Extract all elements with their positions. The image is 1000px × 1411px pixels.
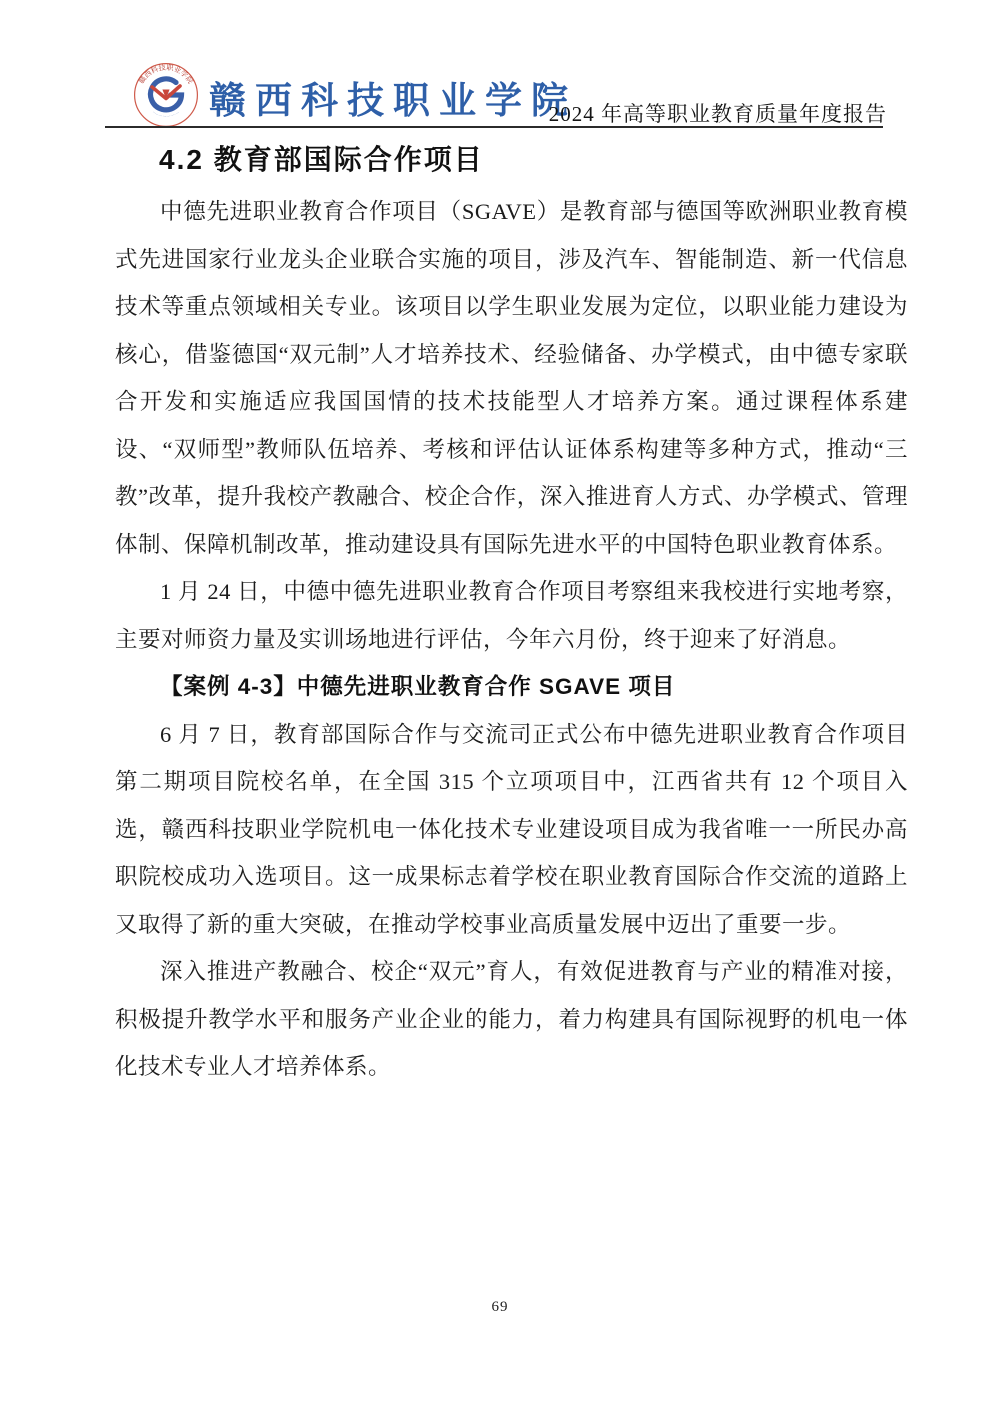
section-content: 4.2 教育部国际合作项目 中德先进职业教育合作项目（SGAVE）是教育部与德国…	[115, 139, 908, 1091]
page-header: 赣西科技职业学院 ····················· 赣西科技职业学院 …	[105, 60, 895, 128]
paragraph-selection: 6 月 7 日，教育部国际合作与交流司正式公布中德先进职业教育合作项目第二期项目…	[115, 711, 908, 949]
report-title: 2024 年高等职业教育质量年度报告	[549, 98, 887, 128]
case-heading: 【案例 4-3】中德先进职业教育合作 SGAVE 项目	[115, 663, 908, 711]
section-heading: 4.2 教育部国际合作项目	[159, 139, 908, 181]
page-number: 69	[0, 1299, 1000, 1316]
school-emblem-icon: 赣西科技职业学院 ·····················	[133, 62, 199, 128]
paragraph-inspection: 1 月 24 日，中德中德先进职业教育合作项目考察组来我校进行实地考察，主要对师…	[115, 568, 908, 663]
school-name: 赣西科技职业学院	[209, 70, 577, 124]
header-divider	[105, 126, 883, 128]
document-page: 赣西科技职业学院 ····················· 赣西科技职业学院 …	[0, 0, 1000, 1411]
paragraph-sgave-intro: 中德先进职业教育合作项目（SGAVE）是教育部与德国等欧洲职业教育模式先进国家行…	[115, 188, 908, 568]
paragraph-outlook: 深入推进产教融合、校企“双元”育人，有效促进教育与产业的精准对接，积极提升教学水…	[115, 948, 908, 1091]
